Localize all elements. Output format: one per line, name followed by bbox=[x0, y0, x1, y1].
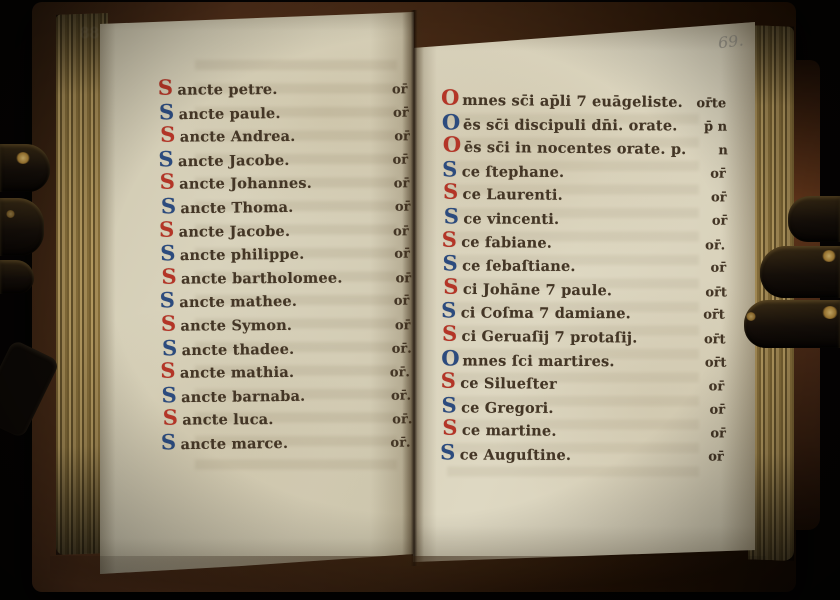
litany-text: ancte petre. bbox=[177, 81, 277, 99]
illuminated-initial: O bbox=[440, 136, 464, 154]
brass-glint bbox=[16, 152, 30, 164]
brass-glint bbox=[822, 306, 838, 319]
right-bronze-clamp bbox=[734, 196, 840, 352]
left-page: Sancte petre.or̄Sancte paule.or̄Sancte A… bbox=[100, 8, 414, 578]
illuminated-initial: S bbox=[157, 386, 181, 404]
litany-line: Oēs sc̄i discipuli dn̄i. orate.p̄ n bbox=[439, 113, 727, 138]
response-abbrev: or̄ bbox=[712, 214, 728, 229]
illuminated-initial: S bbox=[437, 302, 461, 320]
litany-line: Sce ſebaſtiane.or̄ bbox=[438, 255, 726, 280]
litany-line: Oēs sc̄i in nocentes orate. p.n bbox=[440, 136, 728, 162]
response-abbrev: or̄ bbox=[710, 427, 726, 442]
litany-line: Sce vincenti.or̄ bbox=[439, 207, 727, 232]
litany-text: ce Gregori. bbox=[461, 399, 554, 416]
litany-line: Omnes sc̄i ap̄li 7 euāgeliste.or̄te bbox=[438, 89, 726, 115]
illuminated-initial: S bbox=[157, 267, 181, 285]
litany-text: ancte barnaba. bbox=[181, 387, 305, 405]
litany-text: ancte thadee. bbox=[182, 340, 295, 358]
response-abbrev: or̄. bbox=[705, 238, 725, 253]
illuminated-initial: S bbox=[154, 150, 178, 168]
illuminated-initial: S bbox=[156, 433, 180, 451]
right-litany-column: Omnes sc̄i ap̄li 7 euāgeliste.or̄teOēs s… bbox=[436, 89, 727, 469]
litany-line: Sce ſtephane.or̄ bbox=[438, 160, 726, 185]
illuminated-initial: S bbox=[153, 79, 177, 97]
litany-text: ancte Andrea. bbox=[180, 128, 296, 146]
brass-glint bbox=[746, 312, 756, 321]
litany-text: ancte marce. bbox=[180, 435, 288, 453]
litany-line: Sancte Andrea.or̄ bbox=[156, 124, 410, 149]
litany-text: ancte Symon. bbox=[180, 317, 292, 335]
illuminated-initial: S bbox=[438, 325, 462, 343]
response-abbrev: or̄ bbox=[711, 261, 727, 276]
litany-text: ce vincenti. bbox=[463, 210, 559, 227]
clamp-finger bbox=[0, 144, 50, 192]
brass-glint bbox=[822, 250, 836, 262]
litany-text: ce Laurenti. bbox=[463, 186, 563, 204]
illuminated-initial: S bbox=[437, 230, 461, 248]
litany-text: ēs sc̄i in nocentes orate. p. bbox=[464, 139, 687, 158]
litany-text: ci Geruaſij 7 protaſij. bbox=[462, 328, 638, 347]
litany-line: Sci Johāne 7 paule.or̄t bbox=[439, 277, 727, 303]
response-abbrev: or̄ bbox=[710, 402, 726, 417]
clamp-finger bbox=[0, 260, 34, 294]
illuminated-initial: S bbox=[156, 315, 180, 333]
illuminated-initial: S bbox=[158, 339, 182, 357]
litany-text: ancte mathee. bbox=[179, 293, 297, 311]
litany-text: mnes ſci martires. bbox=[462, 352, 614, 370]
response-abbrev: n bbox=[718, 143, 728, 158]
illuminated-initial: S bbox=[155, 220, 179, 238]
litany-text: ancte bartholomee. bbox=[181, 269, 343, 287]
response-abbrev: p̄ n bbox=[704, 119, 727, 134]
litany-line: Sci Coſma 7 damiane.or̄t bbox=[437, 302, 725, 327]
response-abbrev: or̄ bbox=[710, 166, 726, 181]
illuminated-initial: S bbox=[158, 409, 182, 427]
folio-number: 69. bbox=[716, 31, 744, 53]
litany-line: Sancte Symon.or̄ bbox=[156, 313, 410, 338]
illuminated-initial: S bbox=[156, 197, 180, 215]
brass-glint bbox=[6, 210, 15, 218]
illuminated-initial: S bbox=[438, 255, 462, 273]
response-abbrev: or̄ bbox=[708, 449, 724, 464]
litany-line: Sancte Thoma.or̄ bbox=[156, 195, 410, 221]
left-bronze-clamp bbox=[0, 136, 58, 296]
litany-line: Sce Laurenti.or̄ bbox=[438, 183, 726, 209]
illuminated-initial: O bbox=[438, 349, 462, 367]
litany-line: Sce Gregori.or̄ bbox=[437, 396, 725, 421]
illuminated-initial: S bbox=[436, 372, 460, 390]
book-bottom-shadow bbox=[50, 556, 766, 600]
litany-text: ancte Thoma. bbox=[180, 199, 293, 217]
illuminated-initial: S bbox=[156, 126, 180, 144]
litany-text: ancte Jacobe. bbox=[178, 152, 290, 170]
litany-line: Sancte Johannes.or̄ bbox=[155, 172, 409, 197]
response-abbrev: or̄t bbox=[703, 308, 725, 323]
illuminated-initial: S bbox=[439, 277, 463, 295]
manuscript-photo: Sancte petre.or̄Sancte paule.or̄Sancte A… bbox=[0, 0, 840, 600]
illuminated-initial: S bbox=[156, 362, 180, 380]
litany-text: ce Auguſtine. bbox=[460, 446, 572, 463]
litany-line: Sce martine.or̄ bbox=[438, 419, 726, 445]
litany-text: ce martine. bbox=[462, 422, 557, 440]
litany-line: Sce Auguſtine.or̄ bbox=[436, 443, 724, 468]
response-abbrev: or̄t bbox=[704, 332, 726, 347]
response-abbrev: or̄t bbox=[705, 355, 727, 370]
litany-line: Sce fabiane.or̄. bbox=[437, 230, 725, 256]
litany-line: Sancte luca.or̄. bbox=[158, 408, 412, 433]
litany-line: Sce Silueſteror̄ bbox=[436, 372, 724, 398]
litany-line: Sancte marce.or̄. bbox=[156, 430, 410, 456]
litany-line: Sancte mathia.or̄. bbox=[156, 360, 410, 385]
litany-text: ancte mathia. bbox=[180, 364, 294, 382]
litany-text: ce fabiane. bbox=[461, 233, 552, 251]
litany-line: Sancte thadee.or̄. bbox=[158, 336, 412, 362]
response-abbrev: or̄ bbox=[711, 191, 727, 206]
litany-text: ce ſtephane. bbox=[462, 163, 565, 180]
clamp-finger bbox=[0, 198, 44, 256]
litany-text: ancte luca. bbox=[182, 411, 273, 429]
illuminated-initial: S bbox=[155, 292, 179, 310]
litany-text: ancte philippe. bbox=[180, 246, 305, 264]
litany-line: Sancte barnaba.or̄. bbox=[157, 383, 411, 409]
illuminated-initial: S bbox=[438, 160, 462, 178]
litany-line: Sancte Jacobe.or̄ bbox=[154, 147, 408, 173]
litany-text: ancte Jacobe. bbox=[179, 223, 291, 241]
litany-text: mnes sc̄i ap̄li 7 euāgeliste. bbox=[462, 92, 683, 111]
response-abbrev: or̄ bbox=[709, 379, 725, 394]
litany-line: Sancte Jacobe.or̄ bbox=[155, 219, 409, 244]
response-abbrev: or̄te bbox=[696, 96, 726, 111]
left-litany-column: Sancte petre.or̄Sancte paule.or̄Sancte A… bbox=[153, 77, 410, 457]
litany-line: Sancte petre.or̄ bbox=[153, 77, 407, 102]
litany-line: Sancte mathee.or̄ bbox=[155, 289, 409, 315]
illuminated-initial: S bbox=[436, 443, 460, 461]
illuminated-initial: S bbox=[156, 244, 180, 262]
litany-text: ci Johāne 7 paule. bbox=[463, 281, 612, 299]
litany-line: Omnes ſci martires.or̄t bbox=[438, 349, 726, 374]
litany-text: ci Coſma 7 damiane. bbox=[461, 305, 631, 323]
litany-line: Sci Geruaſij 7 protaſij.or̄t bbox=[437, 325, 725, 351]
illuminated-initial: O bbox=[438, 89, 462, 107]
litany-line: Sancte paule.or̄ bbox=[155, 100, 409, 126]
illuminated-initial: S bbox=[155, 173, 179, 191]
response-abbrev: or̄t bbox=[705, 285, 727, 300]
illuminated-initial: S bbox=[437, 396, 461, 414]
litany-line: Sancte philippe.or̄ bbox=[156, 242, 410, 268]
litany-text: ancte Johannes. bbox=[179, 175, 312, 193]
illuminated-initial: S bbox=[155, 103, 179, 121]
litany-text: ancte paule. bbox=[179, 105, 281, 123]
litany-line: Sancte bartholomee.or̄ bbox=[157, 266, 411, 291]
illuminated-initial: O bbox=[439, 113, 463, 131]
gutter-shadow bbox=[402, 10, 424, 566]
illuminated-initial: S bbox=[439, 207, 463, 225]
litany-text: ce ſebaſtiane. bbox=[462, 258, 576, 275]
litany-text: ēs sc̄i discipuli dn̄i. orate. bbox=[463, 116, 678, 134]
faint-folio-mark: 88 bbox=[80, 24, 99, 42]
illuminated-initial: S bbox=[439, 183, 463, 201]
illuminated-initial: S bbox=[438, 419, 462, 437]
clamp-finger bbox=[788, 196, 840, 242]
litany-text: ce Silueſter bbox=[460, 375, 557, 393]
right-page: 69. Omnes sc̄i ap̄li 7 euāgeliste.or̄teO… bbox=[413, 18, 755, 570]
